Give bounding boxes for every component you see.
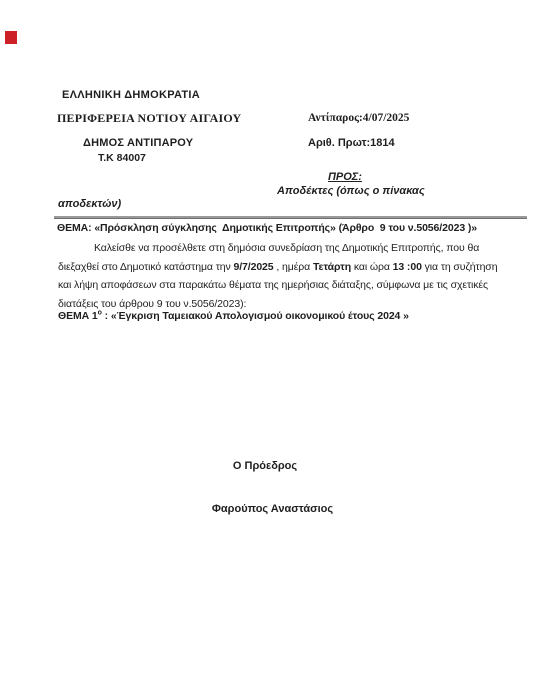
subject-line: ΘΕΜΑ: «Πρόσκληση σύγκλησης Δημοτικής Επι… [57,222,477,234]
header-separator [54,216,527,219]
protocol-number: Αριθ. Πρωτ:1814 [308,137,395,149]
body-paragraph: Καλείσθε να προσέλθετε στη δημόσια συνεδ… [58,239,518,313]
municipality-title: ΔΗΜΟΣ ΑΝΤΙΠΑΡΟΥ [83,137,193,149]
body-line: Καλείσθε να προσέλθετε στη δημόσια συνεδ… [58,239,518,258]
recipients-line-1: Αποδέκτες (όπως ο πίνακας [277,185,425,197]
place-date: Αντίπαρος:4/07/2025 [308,112,409,124]
body-line: και λήψη αποφάσεων στα παρακάτω θέματα τ… [58,276,518,295]
signatory-name: Φαρούπος Αναστάσιος [160,503,385,515]
postal-code: Τ.Κ 84007 [98,152,146,164]
document-page: ΕΛΛΗΝΙΚΗ ΔΗΜΟΚΡΑΤΙΑ ΠΕΡΙΦΕΡΕΙΑ ΝΟΤΙΟΥ ΑΙ… [0,0,554,700]
body-line: διεξαχθεί στο Δημοτικό κατάστημα την 9/7… [58,258,518,277]
region-title: ΠΕΡΙΦΕΡΕΙΑ ΝΟΤΙΟΥ ΑΙΓΑΙΟΥ [57,111,241,126]
to-label: ΠΡΟΣ: [328,171,362,183]
emblem-placeholder [5,31,17,44]
recipients-line-2: αποδεκτών) [58,198,121,210]
signature-title: Ο Πρόεδρος [160,460,370,472]
agenda-item-1: ΘΕΜΑ 1ο : «Έγκριση Ταμειακού Απολογισμού… [58,310,409,322]
republic-title: ΕΛΛΗΝΙΚΗ ΔΗΜΟΚΡΑΤΙΑ [62,89,200,101]
